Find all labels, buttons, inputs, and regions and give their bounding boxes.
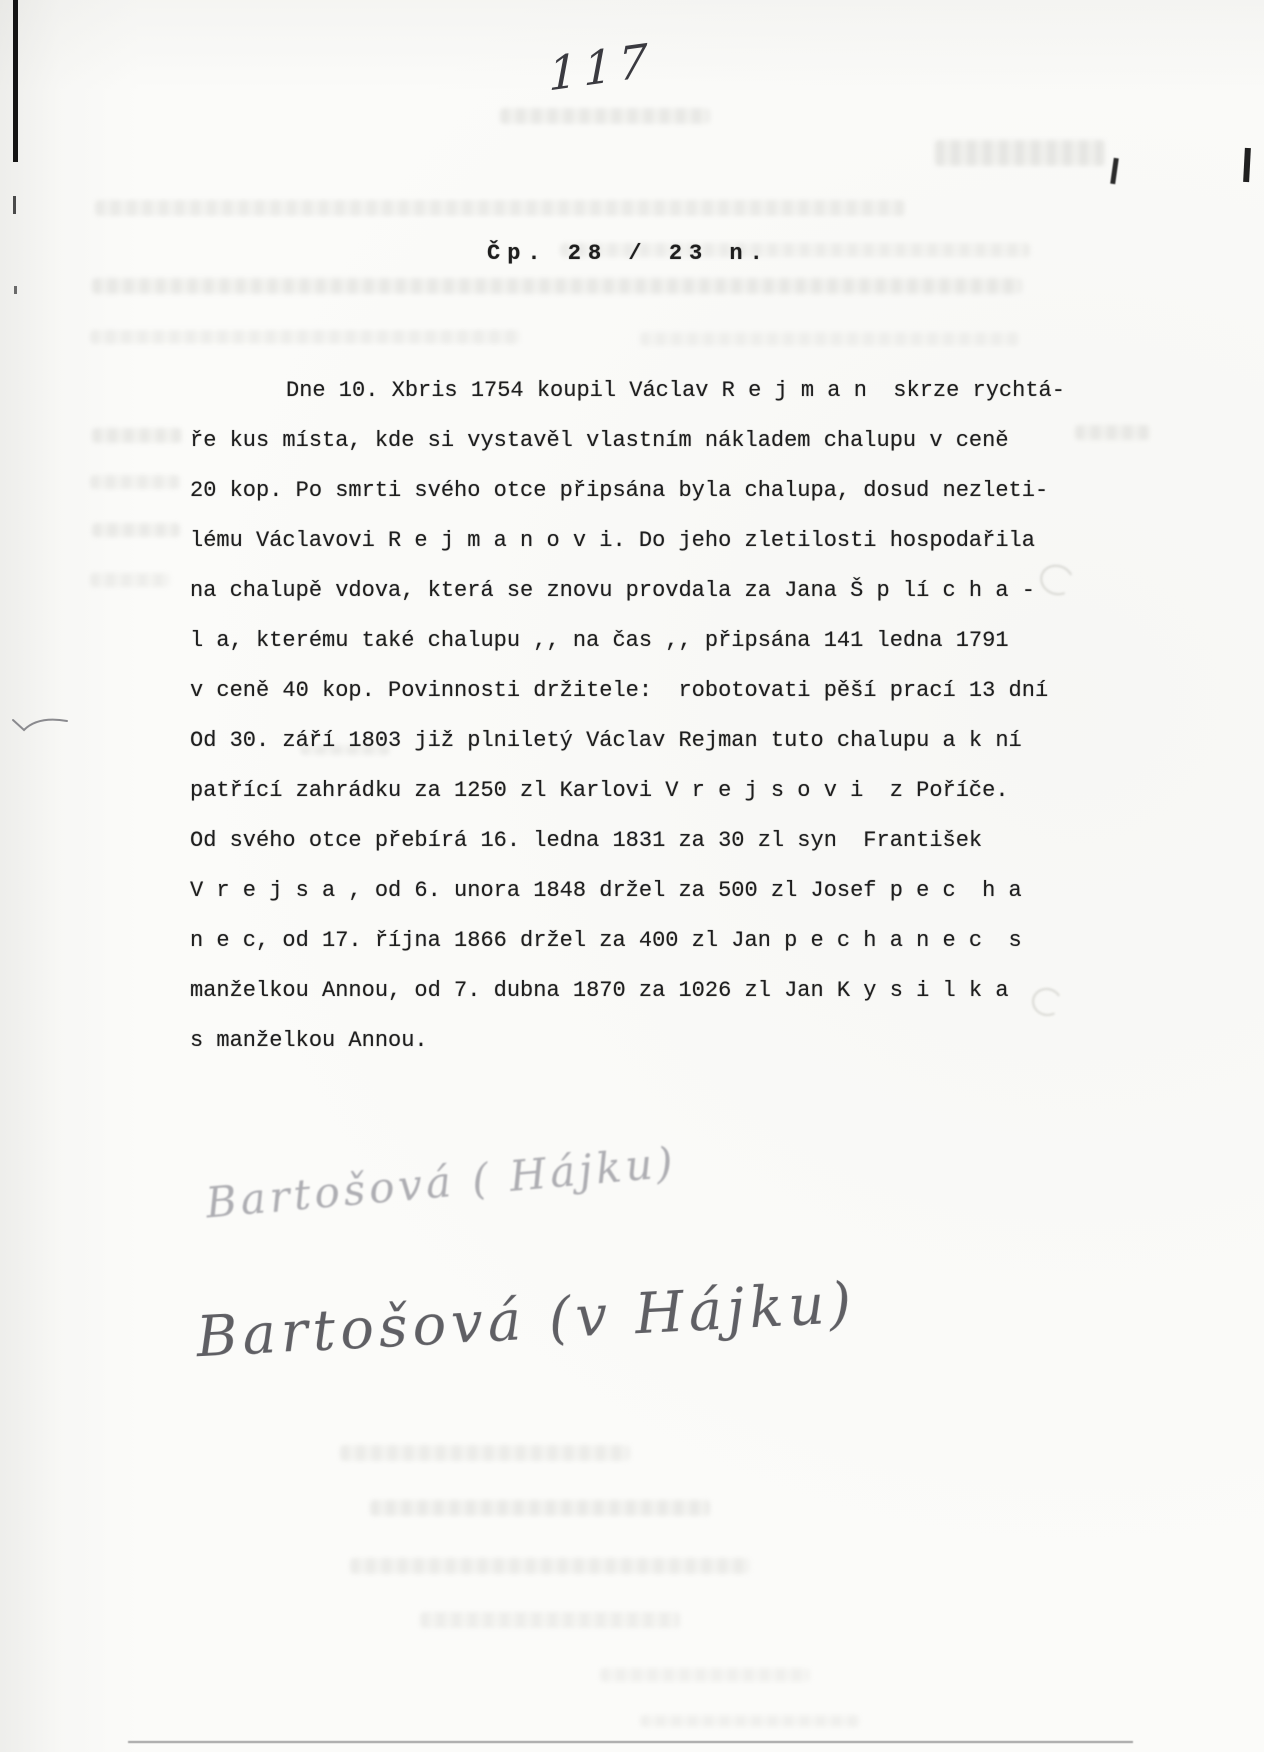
body-line: manželkou Annou, od 7. dubna 1870 za 102… [190, 966, 1090, 1016]
body-line: v ceně 40 kop. Povinnosti držitele: robo… [190, 666, 1090, 716]
bleed-through-smudge [90, 475, 180, 489]
bleed-through-smudge [340, 1445, 630, 1461]
body-line: na chalupě vdova, která se znovu provdal… [190, 566, 1090, 616]
document-heading: Čp. 28 / 23 n. [487, 241, 770, 266]
bleed-through-smudge [600, 1668, 810, 1682]
handwritten-page-number: 117 [549, 32, 654, 101]
bleed-through-smudge [90, 330, 520, 344]
body-line: Od svého otce přebírá 16. ledna 1831 za … [190, 816, 1090, 866]
document-body: Dne 10. Xbris 1754 koupil Václav R e j m… [190, 366, 1090, 1066]
bleed-through-smudge [640, 1715, 860, 1727]
body-line: lému Václavovi R e j m a n o v i. Do jeh… [190, 516, 1090, 566]
scan-artifact-left-dash [13, 196, 16, 214]
margin-checkmark [10, 708, 70, 743]
body-line: Od 30. září 1803 již plniletý Václav Rej… [190, 716, 1090, 766]
body-line: s manželkou Annou. [190, 1016, 1090, 1066]
bleed-through-smudge [95, 200, 905, 216]
scan-artifact-left-dot [14, 286, 17, 294]
body-line: 20 kop. Po smrti svého otce připsána byl… [190, 466, 1090, 516]
body-line: patřící zahrádku za 1250 zl Karlovi V r … [190, 766, 1090, 816]
bleed-through-smudge [935, 140, 1105, 166]
checkmark-icon [10, 708, 70, 738]
handwritten-note-faint: Bartošová ( Hájku) [204, 1138, 679, 1228]
bleed-through-smudge [640, 332, 1020, 346]
bleed-through-smudge [90, 573, 170, 587]
bleed-through-smudge [92, 278, 1022, 294]
scan-artifact-right-tick [1243, 148, 1251, 182]
body-line: ře kus místa, kde si vystavěl vlastním n… [190, 416, 1090, 466]
bleed-through-smudge [420, 1612, 680, 1628]
body-line: n e c, od 17. října 1866 držel za 400 zl… [190, 916, 1090, 966]
bleed-through-smudge [92, 523, 180, 537]
bleed-through-smudge [370, 1500, 710, 1516]
bleed-through-smudge [500, 108, 710, 124]
scanned-document-page: 117 Čp. 28 / 23 n. Dne 10. Xbris 1754 ko… [0, 0, 1264, 1752]
scan-artifact-left-bar [13, 0, 18, 162]
body-line: l a, kterému také chalupu ,, na čas ,, p… [190, 616, 1090, 666]
body-line: Dne 10. Xbris 1754 koupil Václav R e j m… [190, 366, 1090, 416]
scan-artifact-bottom-line [128, 1741, 1133, 1743]
scan-artifact-ink-mark [1110, 158, 1119, 184]
bleed-through-smudge [92, 428, 182, 443]
body-line: V r e j s a , od 6. unora 1848 držel za … [190, 866, 1090, 916]
handwritten-note-main: Bartošová (v Hájku) [195, 1271, 858, 1370]
bleed-through-smudge [350, 1558, 750, 1574]
